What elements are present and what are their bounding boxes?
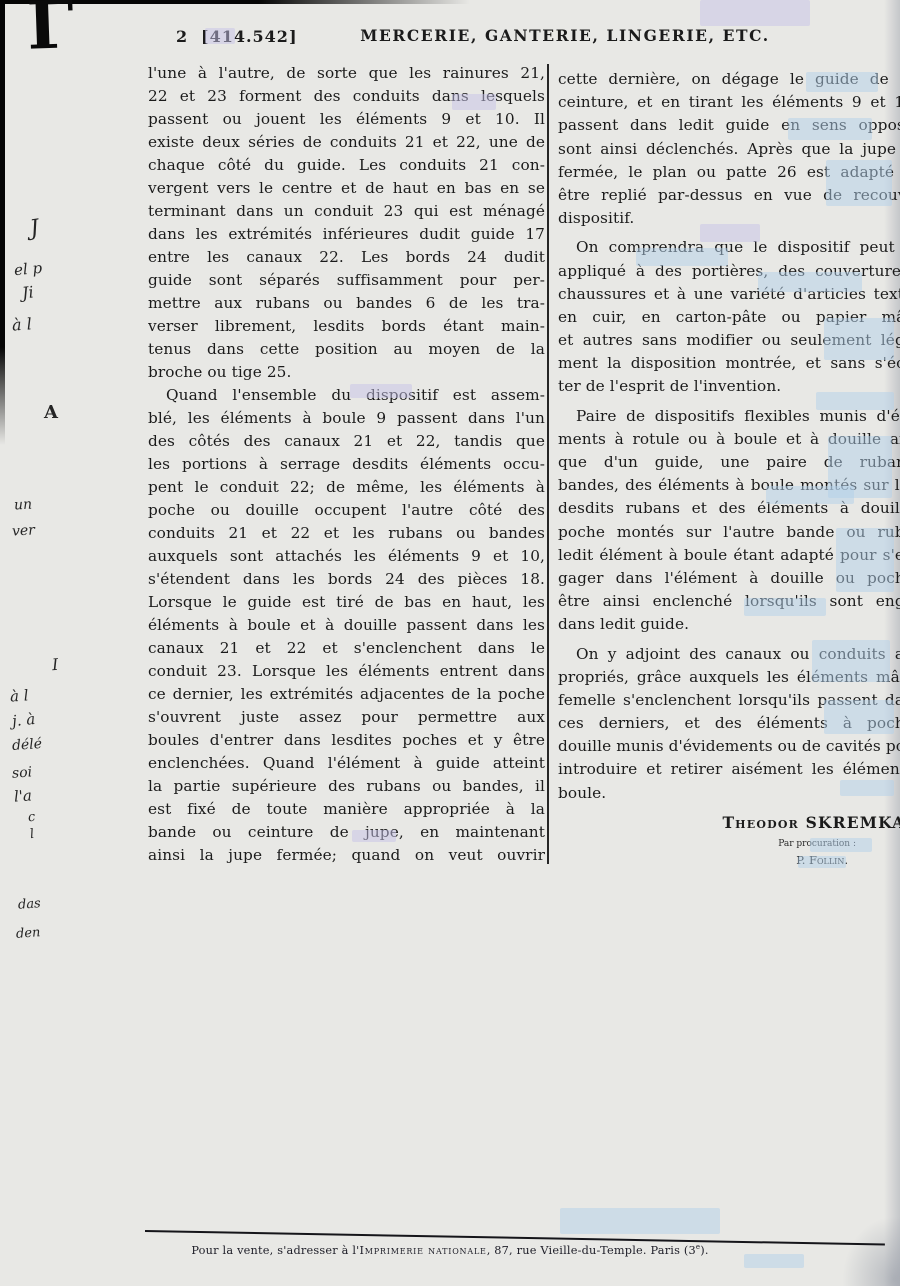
- text-line: passent ou jouent les éléments 9 et 10. …: [148, 110, 545, 133]
- text-line: ceinture, et en tirant les éléments 9 et…: [558, 93, 900, 116]
- column-divider-rule: [547, 64, 549, 864]
- paragraph: On y adjoint des canaux ou conduits appr…: [558, 645, 900, 807]
- text-line: Paire de dispositifs flexibles munis d'é…: [558, 407, 900, 430]
- text-line: blé, les éléments à boule 9 passent dans…: [148, 409, 545, 432]
- scan-edge-left: [0, 0, 5, 445]
- page-number: 2: [176, 27, 187, 46]
- paragraph: On comprendra que le dispositif peut êap…: [558, 238, 900, 400]
- text-line: sont ainsi déclenchés. Après que la jupe…: [558, 140, 900, 163]
- margin-fragment: A: [44, 402, 58, 423]
- margin-fragment: à l: [11, 314, 32, 334]
- paragraph: cette dernière, on dégage le guide de la…: [558, 70, 900, 232]
- text-line: tenus dans cette position au moyen de la: [148, 340, 545, 363]
- text-line: chaussures et à une variété d'articles t…: [558, 285, 900, 308]
- text-line: appliqué à des portières, des couverture…: [558, 262, 900, 285]
- text-line: 10guide sont séparés suffisamment pour p…: [148, 271, 545, 294]
- text-line: desdits rubans et des éléments à douille: [558, 499, 900, 522]
- text-line: s'étendent dans les bords 24 des pièces …: [148, 570, 545, 593]
- margin-fragment: c: [27, 810, 36, 826]
- scanned-patent-page: Γ 2 [414.542] MERCERIE, GANTERIE, LINGER…: [0, 0, 900, 1286]
- footer-imprint-after: , 87, rue Vieille-du-Temple. Paris (3: [487, 1244, 696, 1257]
- text-line: en cuir, en carton-pâte ou papier mâc: [558, 308, 900, 331]
- text-line: les portions à serrage desdits éléments …: [148, 455, 545, 478]
- text-line: femelle s'enclenchent lorsqu'ils passent…: [558, 691, 900, 714]
- margin-fragment: délé: [11, 736, 42, 754]
- text-line: pent le conduit 22; de même, les élément…: [148, 478, 545, 501]
- text-line: ments à rotule ou à boule et à douille a…: [558, 430, 900, 453]
- text-line: Lorsque le guide est tiré de bas en haut…: [148, 593, 545, 616]
- text-line: mettre aux rubans ou bandes 6 de les tra…: [148, 294, 545, 317]
- margin-fragment: j. à: [11, 710, 36, 730]
- margin-fragment: l: [29, 827, 35, 842]
- margin-fragment: à l: [9, 686, 29, 705]
- text-line: ledit élément à boule étant adapté pour …: [558, 546, 900, 569]
- text-line: cette dernière, on dégage le guide de la: [558, 70, 900, 93]
- text-line: 20poche ou douille occupent l'autre côté…: [148, 501, 545, 524]
- highlight-artifact: [700, 0, 810, 26]
- text-line: être replié par-dessus en vue de recouvr: [558, 186, 900, 209]
- text-line: ter de l'esprit de l'invention.: [558, 377, 900, 400]
- text-line: dans ledit guide.: [558, 615, 900, 638]
- signature-block: Theodor SKREMKA.Par procuration :P. Foll…: [558, 813, 900, 867]
- footer-imprint-end: ).: [700, 1244, 708, 1257]
- text-line: l'une à l'autre, de sorte que les rainur…: [148, 64, 545, 87]
- text-line: entre les canaux 22. Les bords 24 dudit: [148, 248, 545, 271]
- text-line: bande ou ceinture de jupe, en maintenant: [148, 823, 545, 846]
- margin-fragment: l'a: [13, 786, 32, 805]
- text-line: passent dans ledit guide en sens opposé: [558, 116, 900, 139]
- text-line: est fixé de toute manière appropriée à l…: [148, 800, 545, 823]
- left-column: l'une à l'autre, de sorte que les rainur…: [148, 64, 545, 869]
- margin-fragment: un: [14, 497, 33, 514]
- text-line: auxquels sont attachés les éléments 9 et…: [148, 547, 545, 570]
- footer-imprint: Pour la vente, s'adresser à l'Imprimerie…: [0, 1243, 900, 1257]
- margin-fragment: soi: [11, 764, 32, 781]
- text-line: 30boules d'entrer dans lesdites poches e…: [148, 731, 545, 754]
- procuration-label: Par procuration :: [558, 839, 900, 849]
- agent-name: P. Follin.: [558, 853, 900, 867]
- text-line: dans les extrémités inférieures dudit gu…: [148, 225, 545, 248]
- text-line: 35ainsi la jupe fermée; quand on veut ou…: [148, 846, 545, 869]
- margin-fragment: Ji: [21, 282, 34, 302]
- text-line: et autres sans modifier ou seulement lég…: [558, 331, 900, 354]
- patent-number: [414.542]: [201, 27, 298, 46]
- right-column: cette dernière, on dégage le guide de la…: [558, 64, 900, 869]
- text-columns: l'une à l'autre, de sorte que les rainur…: [148, 64, 900, 869]
- text-line: terminant dans un conduit 23 qui est mén…: [148, 202, 545, 225]
- text-line: 15Quand l'ensemble du dispositif est ass…: [148, 386, 545, 409]
- text-line: propriés, grâce auxquels les éléments mâ…: [558, 668, 900, 691]
- text-line: être ainsi enclenché lorsqu'ils sont eng…: [558, 592, 900, 615]
- text-line: enclenchées. Quand l'élément à guide att…: [148, 754, 545, 777]
- margin-fragment: ver: [12, 522, 36, 539]
- paragraph: Paire de dispositifs flexibles munis d'é…: [558, 407, 900, 639]
- text-line: que d'un guide, une paire de rubans: [558, 453, 900, 476]
- highlight-artifact: [560, 1208, 720, 1234]
- footer-imprint-institution: Imprimerie nationale: [360, 1244, 487, 1257]
- footer-imprint-before: Pour la vente, s'adresser à l': [191, 1244, 359, 1257]
- text-line: 25éléments à boule et à douille passent …: [148, 616, 545, 639]
- text-line: la partie supérieure des rubans ou bande…: [148, 777, 545, 800]
- text-line: boule.: [558, 784, 900, 807]
- text-line: ment la disposition montrée, et sans s'é…: [558, 354, 900, 377]
- text-line: fermée, le plan ou patte 26 est adapté p: [558, 163, 900, 186]
- text-line: s'ouvrent juste assez pour permettre aux: [148, 708, 545, 731]
- text-line: des côtés des canaux 21 et 22, tandis qu…: [148, 432, 545, 455]
- text-line: canaux 21 et 22 et s'enclenchent dans le: [148, 639, 545, 662]
- page-header: 2 [414.542] MERCERIE, GANTERIE, LINGERIE…: [0, 25, 900, 49]
- text-line: conduit 23. Lorsque les éléments entrent…: [148, 662, 545, 685]
- text-line: introduire et retirer aisément les éléme…: [558, 760, 900, 783]
- paragraph: 15Quand l'ensemble du dispositif est ass…: [148, 386, 545, 869]
- margin-fragment: J: [28, 216, 40, 242]
- text-line: 5chaque côté du guide. Les conduits 21 c…: [148, 156, 545, 179]
- text-line: gager dans l'élément à douille ou poche: [558, 569, 900, 592]
- page-title: MERCERIE, GANTERIE, LINGERIE, ETC.: [330, 26, 800, 45]
- margin-fragment: I: [51, 655, 59, 674]
- margin-fragment: el p: [13, 259, 43, 279]
- text-line: 22 et 23 forment des conduits dans lesqu…: [148, 87, 545, 110]
- signatory-name: Theodor SKREMKA.: [558, 813, 900, 832]
- text-line: ce dernier, les extrémités adjacentes de…: [148, 685, 545, 708]
- text-line: verser librement, lesdits bords étant ma…: [148, 317, 545, 340]
- text-line: broche ou tige 25.: [148, 363, 545, 386]
- text-line: vergent vers le centre et de haut en bas…: [148, 179, 545, 202]
- text-line: dispositif.: [558, 209, 900, 232]
- paragraph: l'une à l'autre, de sorte que les rainur…: [148, 64, 545, 386]
- text-line: conduits 21 et 22 et les rubans ou bande…: [148, 524, 545, 547]
- text-line: ces derniers, et des éléments à poche: [558, 714, 900, 737]
- text-line: bandes, des éléments à boule montés sur …: [558, 476, 900, 499]
- text-line: douille munis d'évidements ou de cavités…: [558, 737, 900, 760]
- text-line: On y adjoint des canaux ou conduits ap: [558, 645, 900, 668]
- margin-fragment: den: [16, 925, 41, 942]
- text-line: poche montés sur l'autre bande ou ruba: [558, 523, 900, 546]
- text-line: On comprendra que le dispositif peut ê: [558, 238, 900, 261]
- margin-fragment: das: [18, 896, 42, 913]
- text-line: existe deux séries de conduits 21 et 22,…: [148, 133, 545, 156]
